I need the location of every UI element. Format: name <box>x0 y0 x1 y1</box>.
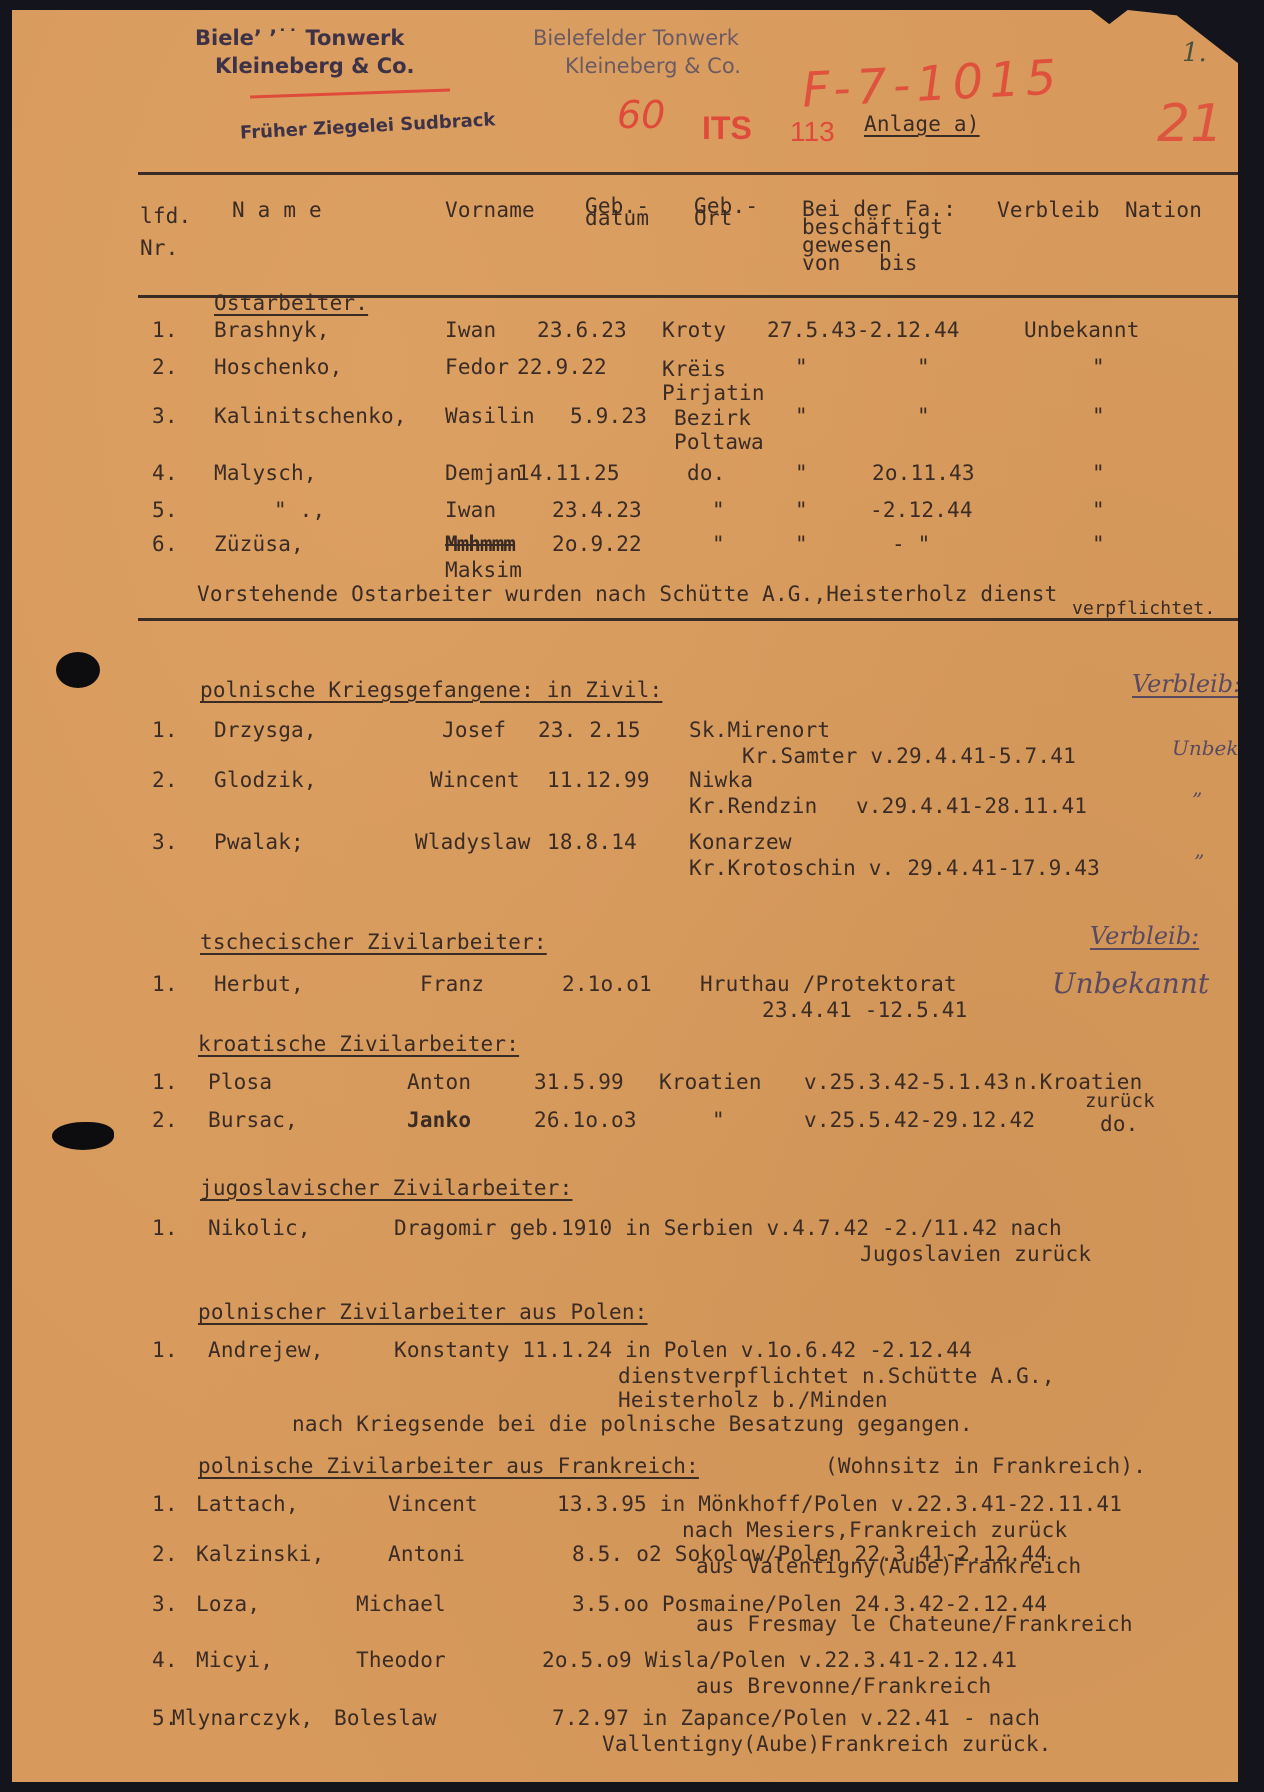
header-rule <box>138 172 1238 175</box>
row-details-cont: dienstverpflichtet n.Schütte A.G., <box>618 1366 1055 1387</box>
row-period: 23.4.41 -12.5.41 <box>762 1000 968 1021</box>
row-nr: 1. <box>152 974 178 995</box>
row-name: Lattach, <box>196 1494 299 1515</box>
row-nr: 3. <box>152 832 178 853</box>
row-name: Malysch, <box>214 463 317 484</box>
row-name: Plosa <box>208 1072 272 1093</box>
row-gebort: Konarzew <box>689 832 792 853</box>
row-gebdatum: 22.9.22 <box>517 357 607 378</box>
row-nr: 2. <box>152 357 178 378</box>
col-gebort: Geb.- Ort <box>694 200 758 224</box>
row-vorname: Wladyslaw <box>415 832 531 853</box>
page-number-mark: 21 <box>1157 98 1223 150</box>
row-vorname: Wasilin <box>445 406 535 427</box>
its-stamp: ITS <box>702 112 752 144</box>
row-verbleib: " <box>1092 357 1105 378</box>
row-gebort: " <box>712 500 725 521</box>
row-name: Loza, <box>196 1594 260 1615</box>
row-verbleib: " <box>1092 500 1105 521</box>
row-period: v.25.3.42-5.1.43 <box>804 1072 1010 1093</box>
row-vorname: Iwan <box>445 320 496 341</box>
row-nr: 5. <box>152 500 178 521</box>
row-nr: 1. <box>152 1494 178 1515</box>
row-details: Konstanty 11.1.24 in Polen v.1o.6.42 -2.… <box>394 1340 972 1361</box>
row-nr: 1. <box>152 320 178 341</box>
row-verbleib-cont: zurück <box>1085 1092 1155 1111</box>
row-period-to: - " <box>892 534 931 555</box>
row-details: 13.3.95 in Mönkhoff/Polen v.22.3.41-22.1… <box>557 1494 1122 1515</box>
row-period-to: " <box>917 406 930 427</box>
row-verbleib: Unbekannt <box>1024 320 1140 341</box>
row-period: 27.5.43-2.12.44 <box>767 320 960 341</box>
row-nr: 1. <box>152 1218 178 1239</box>
row-details-cont: nach Mesiers,Frankreich zurück <box>682 1520 1067 1541</box>
row-vorname: Vincent <box>388 1494 478 1515</box>
row-nr: 2. <box>152 1544 178 1565</box>
punch-hole <box>56 652 100 688</box>
row-vorname: Iwan <box>445 500 496 521</box>
row-gebort: do. <box>687 463 726 484</box>
red-underline <box>250 89 450 99</box>
row-period-from: " <box>795 500 808 521</box>
company-stamp-1-line2: Kleineberg & Co. <box>215 56 415 77</box>
row-verbleib-hand: ” <box>1192 790 1202 810</box>
punch-hole <box>52 1122 114 1150</box>
row-nr: 1. <box>152 720 178 741</box>
row-period-from: " <box>795 357 808 378</box>
row-details-cont: aus Valentigny(Aube)Frankreich <box>696 1556 1081 1577</box>
row-vorname: Josef <box>442 720 506 741</box>
row-nr: 1. <box>152 1340 178 1361</box>
row-vorname: Janko <box>407 1110 471 1131</box>
hand-verbleib-header: Verbleib: <box>1090 924 1199 948</box>
row-details-cont: Vallentigny(Aube)Frankreich zurück. <box>602 1734 1052 1755</box>
row-verbleib-hand: Unbekannt <box>1052 970 1209 998</box>
row-gebdatum: 18.8.14 <box>547 832 637 853</box>
row-name: Kalinitschenko, <box>214 406 407 427</box>
company-stamp-former-name: Früher Ziegelei Sudbrack <box>240 111 496 142</box>
row-gebort: Sk.Mirenort <box>689 720 830 741</box>
pencil-mark: 1. <box>1182 40 1207 66</box>
row-nr: 4. <box>152 1650 178 1671</box>
col-beschaeftigt: Bei der Fa.: beschäftigt gewesen von bis <box>802 200 956 272</box>
row-name: Kalzinski, <box>196 1544 324 1565</box>
row-gebort: Niwka <box>689 770 753 791</box>
row-name: Drzysga, <box>214 720 317 741</box>
row-period-to: " <box>917 357 930 378</box>
row-vorname: Maksim <box>445 560 522 581</box>
row-gebdatum: 2o.9.22 <box>552 534 642 555</box>
hand-verbleib-header: Verbleib: <box>1132 672 1241 696</box>
row-details-cont: Jugoslavien zurück <box>860 1244 1091 1265</box>
row-details: 7.2.97 in Zapance/Polen v.22.41 - nach <box>552 1708 1040 1729</box>
row-gebdatum: 31.5.99 <box>534 1072 624 1093</box>
row-gebdatum: 23. 2.15 <box>538 720 641 741</box>
row-gebort: Krëis Pirjatin <box>662 357 765 405</box>
row-verbleib: " <box>1092 534 1105 555</box>
row-gebort: Hruthau /Protektorat <box>700 974 957 995</box>
row-nr: 4. <box>152 463 178 484</box>
red-pencil-number: 60 <box>617 96 665 134</box>
row-name: Pwalak; <box>214 832 304 853</box>
col-verbleib: Verbleib <box>997 200 1100 221</box>
section-rule <box>138 618 1238 621</box>
row-kreis-period: Kr.Samter v.29.4.41-5.7.41 <box>742 746 1076 767</box>
row-kreis-period: Kr.Krotoschin v. 29.4.41-17.9.43 <box>689 858 1100 879</box>
row-gebdatum: 26.1o.o3 <box>534 1110 637 1131</box>
row-name: Hoschenko, <box>214 357 342 378</box>
row-details: 2o.5.o9 Wisla/Polen v.22.3.41-2.12.41 <box>542 1650 1017 1671</box>
section-subtitle: (Wohnsitz in Frankreich). <box>825 1456 1146 1477</box>
row-gebort: " <box>712 534 725 555</box>
file-reference: F-7-1015 <box>801 53 1063 115</box>
row-verbleib-hand: ” <box>1194 852 1204 872</box>
annex-label: Anlage a) <box>864 114 980 135</box>
row-nr: 2. <box>152 770 178 791</box>
row-name: " ., <box>274 500 325 521</box>
row-verbleib: " <box>1092 463 1105 484</box>
row-gebdatum: 11.12.99 <box>547 770 650 791</box>
row-period-from: " <box>795 534 808 555</box>
section-title-czech: tschecischer Zivilarbeiter: <box>200 932 547 953</box>
row-details-cont: Heisterholz b./Minden <box>618 1390 888 1411</box>
section-title-pow: polnische Kriegsgefangene: in Zivil: <box>200 680 662 701</box>
row-kreis-period: Kr.Rendzin v.29.4.41-28.11.41 <box>689 796 1087 817</box>
row-vorname-struck: Mmhmmm <box>445 534 515 555</box>
row-details-cont: nach Kriegsende bei die polnische Besatz… <box>292 1414 973 1435</box>
row-gebdatum: 2.1o.o1 <box>562 974 652 995</box>
company-stamp-1-line1: Biele’ ’˙˙ Tonwerk <box>195 28 404 49</box>
row-period-to: 2o.11.43 <box>872 463 975 484</box>
row-gebdatum: 23.6.23 <box>537 320 627 341</box>
document-page: Biele’ ’˙˙ Tonwerk Kleineberg & Co. Früh… <box>12 10 1238 1782</box>
row-name: Herbut, <box>214 974 304 995</box>
row-details: Dragomir geb.1910 in Serbien v.4.7.42 -2… <box>394 1218 1062 1239</box>
row-name: Bursac, <box>208 1110 298 1131</box>
ostarbeiter-note: Vorstehende Ostarbeiter wurden nach Schü… <box>197 584 1058 605</box>
row-gebort: " <box>712 1110 725 1131</box>
section-title-yugoslav: jugoslavischer Zivilarbeiter: <box>200 1178 572 1199</box>
row-gebdatum: 14.11.25 <box>517 463 620 484</box>
row-vorname: Franz <box>420 974 484 995</box>
row-gebdatum: 5.9.23 <box>570 406 647 427</box>
row-vorname: Antoni <box>388 1544 465 1565</box>
row-vorname: Anton <box>407 1072 471 1093</box>
row-name: Glodzik, <box>214 770 317 791</box>
row-name: Nikolic, <box>208 1218 311 1239</box>
its-number: 113 <box>790 118 835 146</box>
row-nr: 6. <box>152 534 178 555</box>
row-period-from: " <box>795 463 808 484</box>
col-nation: Nation <box>1125 200 1202 221</box>
row-gebort: Kroatien <box>659 1072 762 1093</box>
row-vorname: Wincent <box>430 770 520 791</box>
row-verbleib: do. <box>1100 1114 1139 1135</box>
section-title-polish-poland: polnischer Zivilarbeiter aus Polen: <box>198 1302 648 1323</box>
row-vorname: Theodor <box>356 1650 446 1671</box>
row-nr: 3. <box>152 1594 178 1615</box>
row-gebort: Kroty <box>662 320 726 341</box>
ostarbeiter-note-cont: verpflichtet. <box>1072 600 1215 618</box>
section-title-polish-france: polnische Zivilarbeiter aus Frankreich: <box>198 1456 699 1477</box>
row-vorname: Michael <box>356 1594 446 1615</box>
row-period: v.25.5.42-29.12.42 <box>804 1110 1035 1131</box>
row-gebort: Bezirk Poltawa <box>674 406 764 454</box>
section-title-ostarbeiter: Ostarbeiter. <box>214 293 368 314</box>
section-title-croatian: kroatische Zivilarbeiter: <box>198 1034 519 1055</box>
row-nr: 3. <box>152 406 178 427</box>
row-verbleib-hand: Unbek. <box>1172 738 1245 758</box>
col-vorname: Vorname <box>445 200 535 221</box>
row-period-to: -2.12.44 <box>870 500 973 521</box>
row-vorname: Fedor <box>445 357 509 378</box>
company-stamp-2-line2: Kleineberg & Co. <box>565 56 741 77</box>
row-verbleib: " <box>1092 406 1105 427</box>
row-nr: 2. <box>152 1110 178 1131</box>
row-period-from: " <box>795 406 808 427</box>
row-name: Züzüsa, <box>214 534 304 555</box>
row-details-cont: aus Fresmay le Chateune/Frankreich <box>696 1614 1133 1635</box>
company-stamp-2-line1: Bielefelder Tonwerk <box>533 28 739 49</box>
row-name: Micyi, <box>196 1650 273 1671</box>
row-name: Andrejew, <box>208 1340 324 1361</box>
col-nr: lfd. Nr. <box>140 200 191 264</box>
row-details-cont: aus Brevonne/Frankreich <box>696 1676 991 1697</box>
col-gebdatum: Geb.- datum <box>585 200 649 224</box>
row-gebdatum: 23.4.23 <box>552 500 642 521</box>
row-vorname: Boleslaw <box>334 1708 437 1729</box>
row-name: Mlynarczyk, <box>172 1708 313 1729</box>
row-vorname: Demjan <box>445 463 522 484</box>
row-name: Brashnyk, <box>214 320 330 341</box>
row-nr: 1. <box>152 1072 178 1093</box>
col-name: N a m e <box>232 200 322 221</box>
